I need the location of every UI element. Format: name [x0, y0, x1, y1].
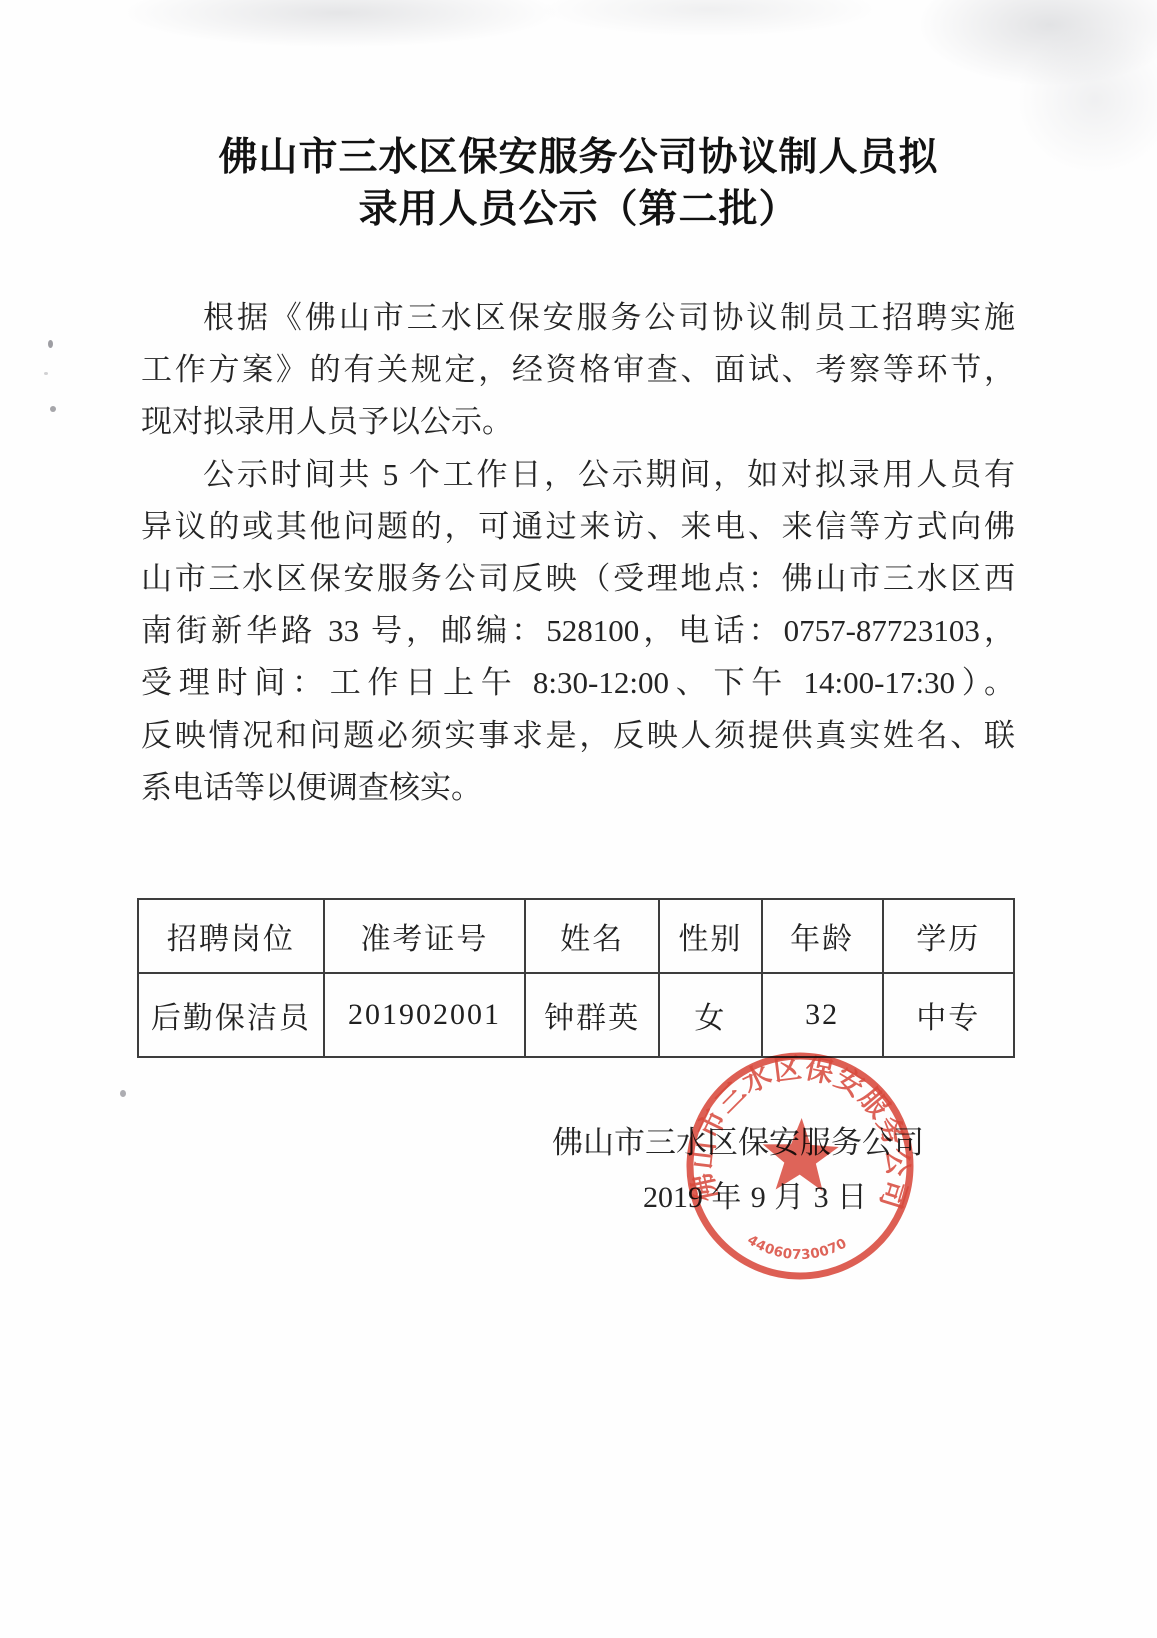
body-line: 公示时间共 5 个工作日，公示期间，如对拟录用人员有 [141, 449, 1015, 501]
scan-speck [120, 1090, 126, 1097]
table-cell-age: 32 [762, 973, 883, 1057]
table-header-cell: 准考证号 [324, 899, 525, 973]
table-cell-gender: 女 [659, 973, 761, 1057]
body-line: 现对拟录用人员予以公示。 [141, 396, 1015, 448]
table-cell-education: 中专 [883, 973, 1014, 1057]
scan-speck [48, 340, 53, 348]
body-line: 工作方案》的有关规定，经资格审查、面试、考察等环节， [141, 344, 1015, 396]
body-line: 根据《佛山市三水区保安服务公司协议制员工招聘实施 [141, 292, 1015, 344]
document-title-line-2: 录用人员公示（第二批） [0, 184, 1157, 236]
table-cell-exam-id: 201902001 [324, 973, 525, 1057]
table-header-cell: 学历 [883, 899, 1014, 973]
body-line: 受理时间：工作日上午 8:30-12:00、下午 14:00-17:30）。 [141, 657, 1015, 709]
scan-smudge [120, 0, 560, 48]
document-title: 佛山市三水区保安服务公司协议制人员拟 录用人员公示（第二批） [0, 132, 1157, 236]
official-seal: 佛山市三水区保安服务公司 4406073007034 [676, 1042, 924, 1290]
table-header-row: 招聘岗位 准考证号 姓名 性别 年龄 学历 [138, 899, 1014, 973]
table-header-cell: 性别 [659, 899, 761, 973]
recruitment-table: 招聘岗位 准考证号 姓名 性别 年龄 学历 后勤保洁员 201902001 钟群… [137, 898, 1015, 1058]
table-cell-name: 钟群英 [525, 973, 659, 1057]
signature-company: 佛山市三水区保安服务公司 [552, 1124, 912, 1162]
table-header-cell: 招聘岗位 [138, 899, 324, 973]
table-row: 后勤保洁员 201902001 钟群英 女 32 中专 [138, 973, 1014, 1057]
table-header-cell: 姓名 [525, 899, 659, 973]
seal-ring [686, 1052, 914, 1280]
body-line: 南街新华路 33 号，邮编：528100，电话：0757-87723103， [141, 605, 1015, 657]
signature-date: 2019 年 9 月 3 日 [643, 1179, 867, 1217]
table-cell-position: 后勤保洁员 [138, 973, 324, 1057]
scan-smudge [920, 0, 1157, 85]
table-header-cell: 年龄 [762, 899, 883, 973]
body-line: 异议的或其他问题的，可通过来访、来电、来信等方式向佛 [141, 501, 1015, 553]
document-title-line-1: 佛山市三水区保安服务公司协议制人员拟 [0, 132, 1157, 184]
scan-speck [44, 372, 48, 375]
scanned-document-page: 佛山市三水区保安服务公司协议制人员拟 录用人员公示（第二批） 根据《佛山市三水区… [0, 0, 1157, 1638]
body-line: 系电话等以便调查核实。 [141, 762, 1015, 814]
body-line: 反映情况和问题必须实事求是，反映人须提供真实姓名、联 [141, 710, 1015, 762]
body-text: 根据《佛山市三水区保安服务公司协议制员工招聘实施 工作方案》的有关规定，经资格审… [141, 292, 1015, 814]
scan-speck [50, 406, 56, 412]
scan-smudge [540, 0, 880, 37]
body-line: 山市三水区保安服务公司反映（受理地点：佛山市三水区西 [141, 553, 1015, 605]
